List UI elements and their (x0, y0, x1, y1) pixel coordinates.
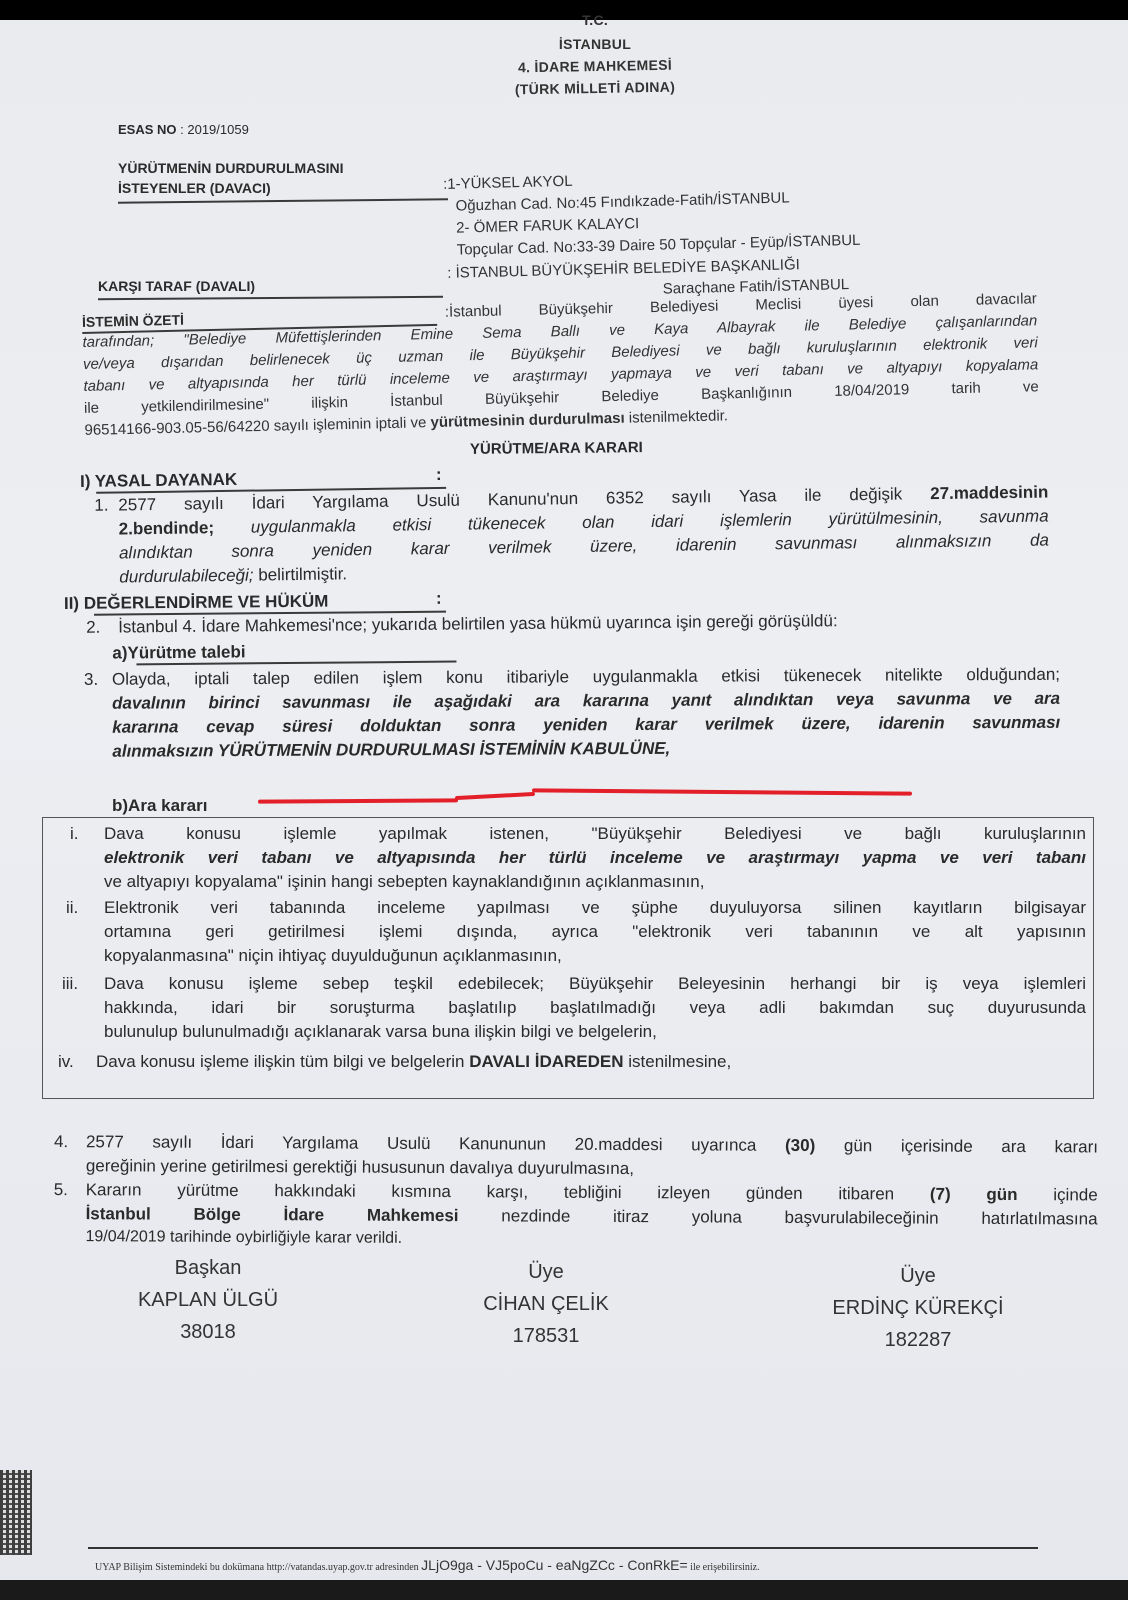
section-1-colon: : (436, 465, 442, 485)
footer-suffix: ile erişebilirsiniz. (690, 1562, 759, 1573)
decision-title: YÜRÜTME/ARA KARARI (470, 439, 643, 458)
interim-item-i-line-1: Dava konusu işlemle yapılmak istenen, "B… (104, 824, 1086, 844)
footer-prefix: UYAP Bilişim Sistemindeki bu dokümana ht… (95, 1562, 419, 1573)
item-3-text: davalının birinci savunması ile aşağıdak… (112, 689, 1060, 714)
item-5-bold: (7) gün (930, 1185, 1018, 1204)
interim-item-iii-number: iii. (62, 974, 78, 994)
item-4-line-2: gereğinin yerine getirilmesi gerektiği h… (86, 1156, 634, 1179)
item-1-text: belirtilmiştir. (258, 564, 347, 584)
defendant-underline (98, 296, 443, 300)
signature-member-2: Üye ERDİNÇ KÜREKÇİ 182287 (808, 1260, 1028, 1356)
signature-role: Başkan (98, 1252, 318, 1284)
red-highlight-stroke (532, 788, 912, 795)
summary-text-bold: yürütmesinin durdurulması (430, 410, 625, 431)
case-number: ESAS NO : 2019/1059 (118, 122, 249, 137)
footer-verification: UYAP Bilişim Sistemindeki bu dokümana ht… (95, 1557, 760, 1573)
item-3-line-1: Olayda, iptali talep edilen işlem konu i… (112, 665, 1060, 690)
interim-item-ii-line-3: kopyalanmasına" niçin ihtiyaç duyulduğun… (104, 946, 562, 966)
qr-code-icon (0, 1470, 32, 1555)
interim-item-iv-number: iv. (58, 1052, 74, 1072)
signature-member-1: Üye CİHAN ÇELİK 178531 (436, 1256, 656, 1352)
signature-name: KAPLAN ÜLGÜ (98, 1284, 318, 1316)
interim-text: istenilmesine, (628, 1052, 731, 1071)
bottom-black-bar (0, 1580, 1128, 1600)
interim-text: Dava konusu işlemle yapılmak istenen, "B… (104, 824, 1086, 844)
plaintiff-1-name: :1-YÜKSEL AKYOL (443, 173, 573, 193)
sub-a-title: a)Yürütme talebi (112, 642, 245, 663)
item-1-bold: 27.maddesinin (930, 482, 1048, 503)
interim-text: Dava konusu işleme ilişkin tüm bilgi ve … (96, 1052, 465, 1071)
item-1-bold: 2.bendinde; (119, 518, 215, 538)
signature-id: 38018 (98, 1316, 318, 1348)
header-tc: T.C. (445, 12, 745, 28)
interim-item-ii-line-2: ortamına geri getirilmesi işlemi dışında… (104, 922, 1086, 942)
item-5-line-3: 19/04/2019 tarihinde oybirliğiyle karar … (85, 1228, 402, 1248)
item-4-bold: (30) (785, 1136, 815, 1155)
item-2-text: İstanbul 4. İdare Mahkemesi'nce; yukarıd… (118, 611, 838, 637)
item-3-number: 3. (84, 670, 98, 690)
interim-item-i-line-2: elektronik veri tabanı ve altyapısında h… (104, 848, 1086, 868)
interim-bold: DAVALI İDAREDEN (469, 1052, 623, 1071)
item-5-text: Kararın yürütme hakkındaki kısmına karşı… (86, 1180, 895, 1203)
interim-text: ortamına geri getirilmesi işlemi dışında… (104, 922, 1086, 942)
item-1-italic: durdurulabileceği; (119, 566, 253, 587)
item-1-number: 1. (94, 496, 108, 516)
summary-label: İSTEMİN ÖZETİ (82, 312, 184, 330)
interim-item-iii-line-1: Dava konusu işleme sebep teşkil edebilec… (104, 974, 1086, 994)
red-highlight-stroke (455, 792, 535, 800)
section-1-title: I) YASAL DAYANAK (80, 470, 237, 492)
plaintiff-2-name: 2- ÖMER FARUK KALAYCI (456, 215, 639, 236)
signature-id: 178531 (436, 1320, 656, 1352)
interim-text: Elektronik veri tabanında inceleme yapıl… (104, 898, 1086, 918)
case-number-label: ESAS NO (118, 122, 177, 137)
section-2-title: II) DEĞERLENDİRME VE HÜKÜM (64, 592, 329, 614)
red-highlight-stroke (258, 798, 458, 803)
signature-id: 182287 (808, 1324, 1028, 1356)
item-5-bold: İstanbul Bölge İdare Mahkemesi (86, 1204, 459, 1225)
section-2-colon: : (436, 589, 442, 609)
interim-item-iii-line-2: hakkında, idari bir soruşturma başlatılı… (104, 998, 1086, 1018)
summary-text: istenilmektedir. (629, 407, 729, 426)
header-court: 4. İDARE MAHKEMESİ (445, 55, 745, 76)
case-number-value: : 2019/1059 (180, 122, 249, 137)
item-5-line-2: İstanbul Bölge İdare Mahkemesi nezdinde … (86, 1204, 1098, 1229)
item-3-line-4: alınmaksızın YÜRÜTMENİN DURDURULMASI İST… (112, 739, 670, 762)
interim-text: hakkında, idari bir soruşturma başlatılı… (104, 998, 1086, 1018)
signature-role: Üye (436, 1256, 656, 1288)
item-5-number: 5. (54, 1180, 68, 1200)
plaintiff-label-1: YÜRÜTMENİN DURDURULMASINI (118, 160, 344, 176)
interim-item-iii-line-3: bulunulup bulunulmadığı açıklanarak vars… (104, 1022, 657, 1042)
footer-divider (88, 1547, 1038, 1549)
item-5-text: içinde (1053, 1185, 1098, 1204)
item-3-line-3: kararına cevap süresi dolduktan sonra ye… (112, 713, 1060, 738)
interim-text: Dava konusu işleme sebep teşkil edebilec… (104, 974, 1086, 994)
plaintiff-2-address: Topçular Cad. No:33-39 Daire 50 Topçular… (457, 232, 861, 259)
document-page: T.C. İSTANBUL 4. İDARE MAHKEMESİ (TÜRK M… (0, 20, 1128, 1580)
item-4-line-1: 2577 sayılı İdari Yargılama Usulü Kanunu… (86, 1132, 1098, 1157)
item-3-line-2: davalının birinci savunması ile aşağıdak… (112, 689, 1060, 714)
interim-item-i-line-3: ve altyapıyı kopyalama" işinin hangi seb… (104, 872, 704, 892)
summary-text: 96514166-903.05-56/64220 sayılı işlemini… (84, 414, 426, 439)
item-5-text: nezdinde itiraz yoluna başvurulabileceği… (501, 1206, 1097, 1228)
item-2-number: 2. (86, 618, 100, 638)
defendant-label: KARŞI TARAF (DAVALI) (98, 278, 255, 294)
interim-item-ii-line-1: Elektronik veri tabanında inceleme yapıl… (104, 898, 1086, 918)
signature-president: Başkan KAPLAN ÜLGÜ 38018 (98, 1252, 318, 1348)
item-3-text: Olayda, iptali talep edilen işlem konu i… (112, 665, 1060, 690)
interim-item-i-number: i. (70, 824, 79, 844)
plaintiff-1-address: Oğuzhan Cad. No:45 Fındıkzade-Fatih/İSTA… (455, 189, 789, 214)
interim-item-ii-number: ii. (66, 898, 78, 918)
item-4-number: 4. (54, 1132, 68, 1152)
signature-role: Üye (808, 1260, 1028, 1292)
item-5-line-1: Kararın yürütme hakkındaki kısmına karşı… (86, 1180, 1098, 1205)
item-4-text: 2577 sayılı İdari Yargılama Usulü Kanunu… (86, 1132, 756, 1155)
footer-verification-code: JLjO9ga - VJ5poCu - eaNgZCc - ConRkE= (421, 1557, 688, 1573)
item-3-text: kararına cevap süresi dolduktan sonra ye… (112, 713, 1060, 738)
signature-name: ERDİNÇ KÜREKÇİ (808, 1292, 1028, 1324)
item-1-line-4: durdurulabileceği; belirtilmiştir. (119, 564, 347, 587)
sub-b-title: b)Ara kararı (112, 796, 207, 816)
item-4-text: gün içerisinde ara kararı (844, 1136, 1098, 1156)
interim-text: elektronik veri tabanı ve altyapısında h… (104, 848, 1086, 868)
plaintiff-label-2: İSTEYENLER (DAVACI) (118, 180, 271, 196)
signature-name: CİHAN ÇELİK (436, 1288, 656, 1320)
plaintiff-underline (118, 198, 448, 203)
header-nation: (TÜRK MİLLETİ ADINA) (445, 77, 745, 98)
interim-item-iv-line-1: Dava konusu işleme ilişkin tüm bilgi ve … (96, 1052, 731, 1072)
header-city: İSTANBUL (445, 36, 745, 52)
